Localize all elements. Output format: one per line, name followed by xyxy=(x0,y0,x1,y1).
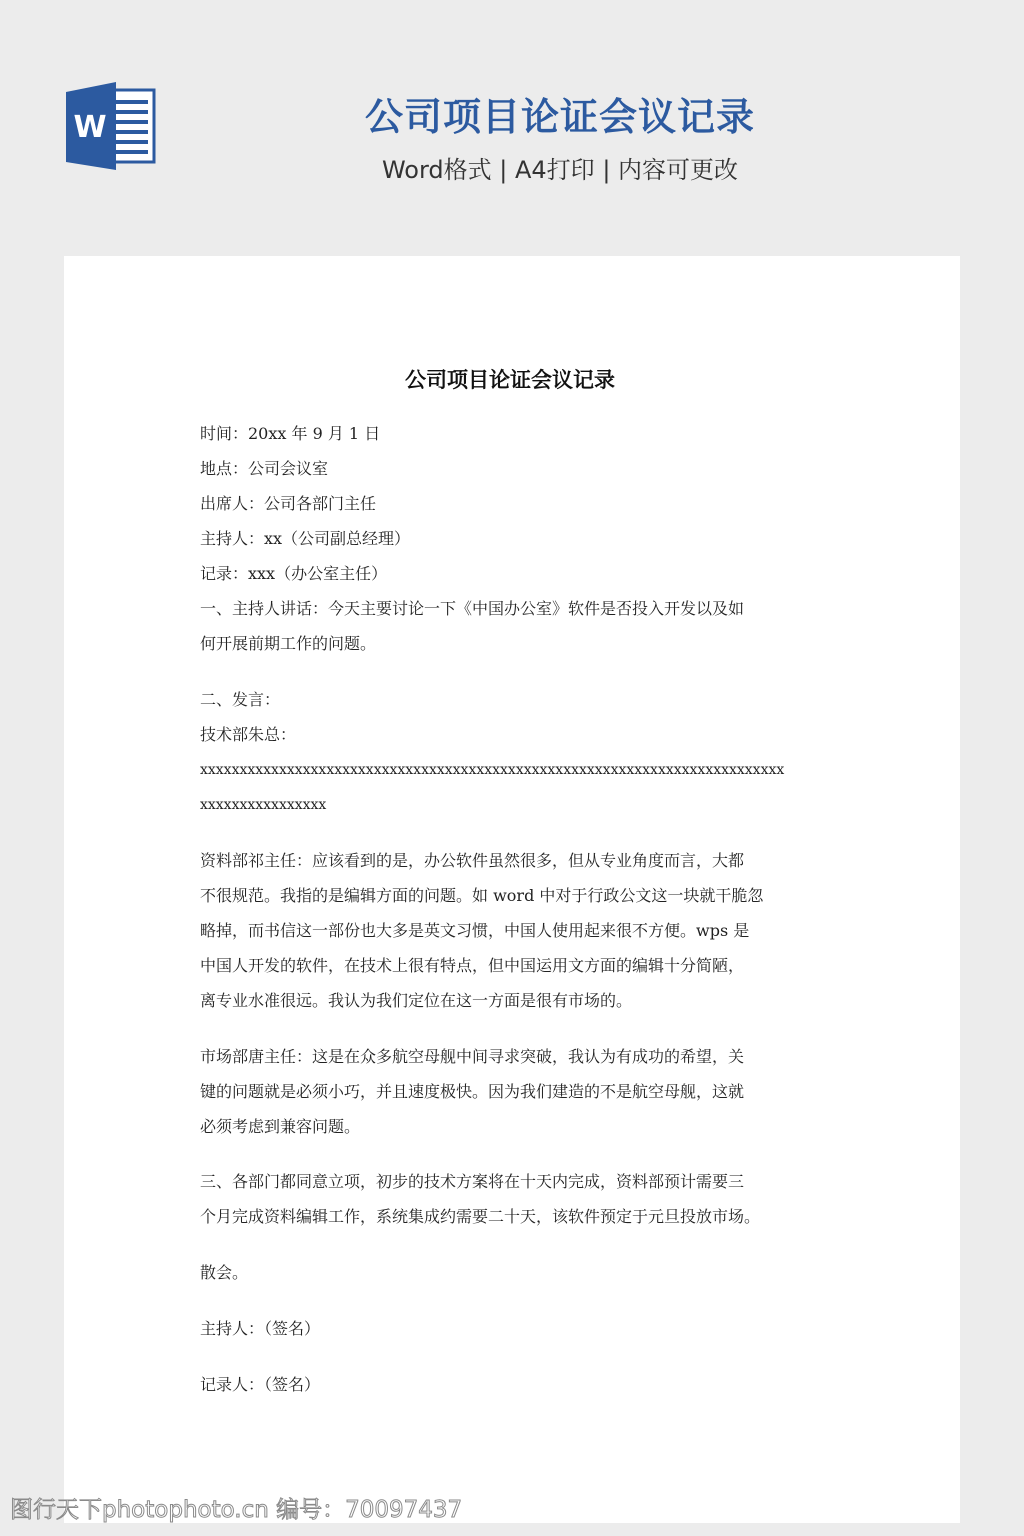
document-title: 公司项目论证会议记录 xyxy=(200,362,820,398)
paragraph-line: 资料部祁主任：应该看到的是，办公软件虽然很多，但从专业角度而言，大都 xyxy=(200,849,744,873)
paragraph-line: 必须考虑到兼容问题。 xyxy=(200,1115,360,1139)
svg-text:W: W xyxy=(73,110,106,145)
recorder-signature: 记录人：（签名） xyxy=(200,1373,320,1397)
word-icon: W xyxy=(64,82,156,170)
section-heading: 二、发言： xyxy=(200,688,280,712)
header-subtitle: Word格式 | A4打印 | 内容可更改 xyxy=(340,152,780,188)
paragraph-line: 中国人开发的软件，在技术上很有特点，但中国运用文方面的编辑十分简陋， xyxy=(200,954,744,978)
meeting-host: 主持人：xx（公司副总经理） xyxy=(200,527,410,551)
header-title: 公司项目论证会议记录 xyxy=(340,92,780,142)
document-page: 公司项目论证会议记录 时间：20xx 年 9 月 1 日 地点：公司会议室 出席… xyxy=(64,256,960,1523)
placeholder-line: xxxxxxxxxxxxxxxx xyxy=(200,793,326,817)
meeting-time: 时间：20xx 年 9 月 1 日 xyxy=(200,422,380,446)
paragraph-line: 略掉，而书信这一部份也大多是英文习惯，中国人使用起来很不方便。wps 是 xyxy=(200,919,749,943)
placeholder-line: xxxxxxxxxxxxxxxxxxxxxxxxxxxxxxxxxxxxxxxx… xyxy=(200,758,784,782)
paragraph-line: 键的问题就是必须小巧，并且速度极快。因为我们建造的不是航空母舰，这就 xyxy=(200,1080,744,1104)
host-signature: 主持人：（签名） xyxy=(200,1317,320,1341)
paragraph-line: 三、各部门都同意立项，初步的技术方案将在十天内完成，资料部预计需要三 xyxy=(200,1170,744,1194)
watermark: 图行天下photophoto.cn 编号：70097437 xyxy=(10,1491,462,1524)
meeting-location: 地点：公司会议室 xyxy=(200,457,328,481)
paragraph-line: 离专业水准很远。我认为我们定位在这一方面是很有市场的。 xyxy=(200,989,632,1013)
paragraph-line: 何开展前期工作的问题。 xyxy=(200,632,376,656)
paragraph-line: 市场部唐主任：这是在众多航空母舰中间寻求突破，我认为有成功的希望，关 xyxy=(200,1045,744,1069)
adjourned-line: 散会。 xyxy=(200,1261,248,1285)
meeting-attendees: 出席人：公司各部门主任 xyxy=(200,492,376,516)
paragraph-line: 不很规范。我指的是编辑方面的问题。如 word 中对于行政公文这一块就干脆忽 xyxy=(200,884,763,908)
meeting-recorder: 记录：xxx（办公室主任） xyxy=(200,562,387,586)
speaker-label: 技术部朱总： xyxy=(200,723,296,747)
paragraph-line: 个月完成资料编辑工作，系统集成约需要二十天，该软件预定于元旦投放市场。 xyxy=(200,1205,760,1229)
paragraph-line: 一、主持人讲话：今天主要讨论一下《中国办公室》软件是否投入开发以及如 xyxy=(200,597,744,621)
